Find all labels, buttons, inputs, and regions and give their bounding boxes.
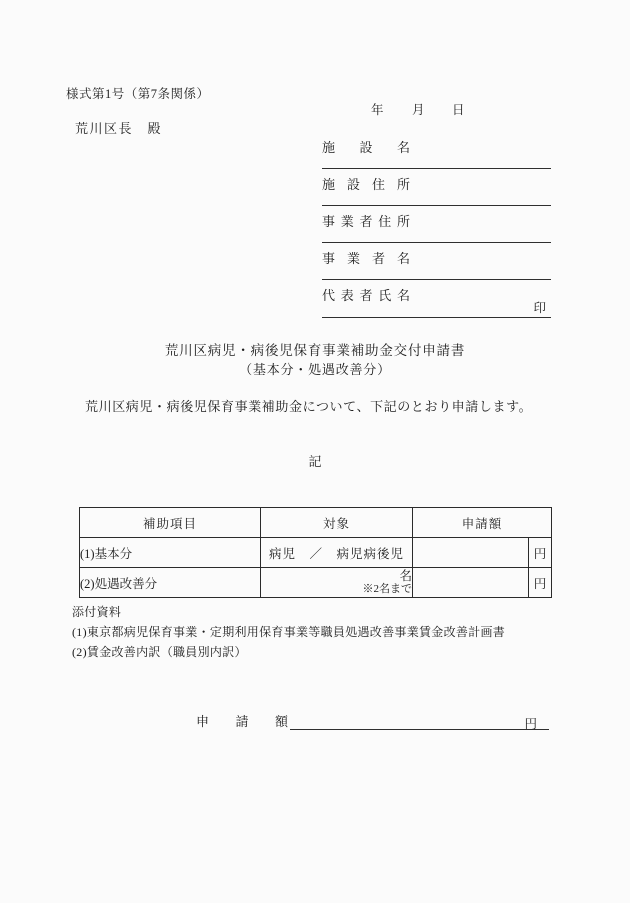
cell-treatment-unit: 円 xyxy=(529,568,552,598)
field-facility-name-label: 施設名 xyxy=(322,137,410,156)
attachments-heading: 添付資料 xyxy=(72,602,505,622)
field-facility-address-label: 施設住所 xyxy=(322,174,410,193)
cell-treatment-target: 名 ※2名まで xyxy=(261,568,413,598)
attachment-item-1: (1)東京都病児保育事業・定期利用保育事業等職員処遇改善事業賃金改善計画書 xyxy=(72,622,505,642)
addressee: 荒川区長 殿 xyxy=(75,118,162,137)
cell-treatment-target-count: 名 xyxy=(261,570,412,583)
total-amount-unit: 円 xyxy=(524,717,537,731)
header-target: 対象 xyxy=(261,508,413,538)
document-subtitle: （基本分・処遇改善分） xyxy=(0,359,630,378)
cell-basic-amount xyxy=(413,538,529,568)
total-amount-label: 申請額 xyxy=(196,711,288,730)
date-year-label: 年 xyxy=(371,100,384,118)
field-operator-name-label: 事業者名 xyxy=(322,248,410,267)
seal-mark: 印 xyxy=(533,298,546,316)
application-statement: 荒川区病児・病後児保育事業補助金について、下記のとおり申請します。 xyxy=(85,396,532,415)
table-row-treatment-improvement: (2)処遇改善分 名 ※2名まで 円 xyxy=(80,568,552,598)
field-representative-name-label: 代表者氏名 xyxy=(322,285,410,304)
application-form-page: 様式第1号（第7条関係） 年 月 日 荒川区長 殿 施設名 施設住所 事業者住所… xyxy=(0,0,630,903)
header-subsidy-item: 補助項目 xyxy=(80,508,261,538)
cell-basic-unit: 円 xyxy=(529,538,552,568)
attachment-item-2: (2)賃金改善内訳（職員別内訳） xyxy=(72,642,505,662)
form-number: 様式第1号（第7条関係） xyxy=(66,84,210,102)
cell-treatment-amount xyxy=(413,568,529,598)
field-facility-name: 施設名 xyxy=(322,137,551,169)
cell-basic-item: (1)基本分 xyxy=(80,538,261,568)
attachments-section: 添付資料 (1)東京都病児保育事業・定期利用保育事業等職員処遇改善事業賃金改善計… xyxy=(72,602,505,662)
header-application-amount: 申請額 xyxy=(413,508,552,538)
cell-treatment-target-note: ※2名まで xyxy=(261,583,412,596)
field-operator-address-label: 事業者住所 xyxy=(322,211,410,230)
total-amount-blank: 円 xyxy=(290,714,549,730)
subsidy-table: 補助項目 対象 申請額 (1)基本分 病児 ／ 病児病後児 円 (2)処遇改善分… xyxy=(79,507,552,598)
document-title: 荒川区病児・病後児保育事業補助金交付申請書 xyxy=(0,339,630,359)
date-month-label: 月 xyxy=(412,100,425,118)
field-operator-address: 事業者住所 xyxy=(322,211,551,243)
subsidy-table-header-row: 補助項目 対象 申請額 xyxy=(80,508,552,538)
record-marker: 記 xyxy=(0,451,630,470)
field-operator-name: 事業者名 xyxy=(322,248,551,280)
field-facility-address: 施設住所 xyxy=(322,174,551,206)
table-row-basic: (1)基本分 病児 ／ 病児病後児 円 xyxy=(80,538,552,568)
cell-treatment-item: (2)処遇改善分 xyxy=(80,568,261,598)
date-day-label: 日 xyxy=(452,100,465,118)
field-representative-name: 代表者氏名 印 xyxy=(322,285,551,318)
total-application-amount: 申請額 円 xyxy=(196,711,549,730)
cell-basic-target: 病児 ／ 病児病後児 xyxy=(261,538,413,568)
